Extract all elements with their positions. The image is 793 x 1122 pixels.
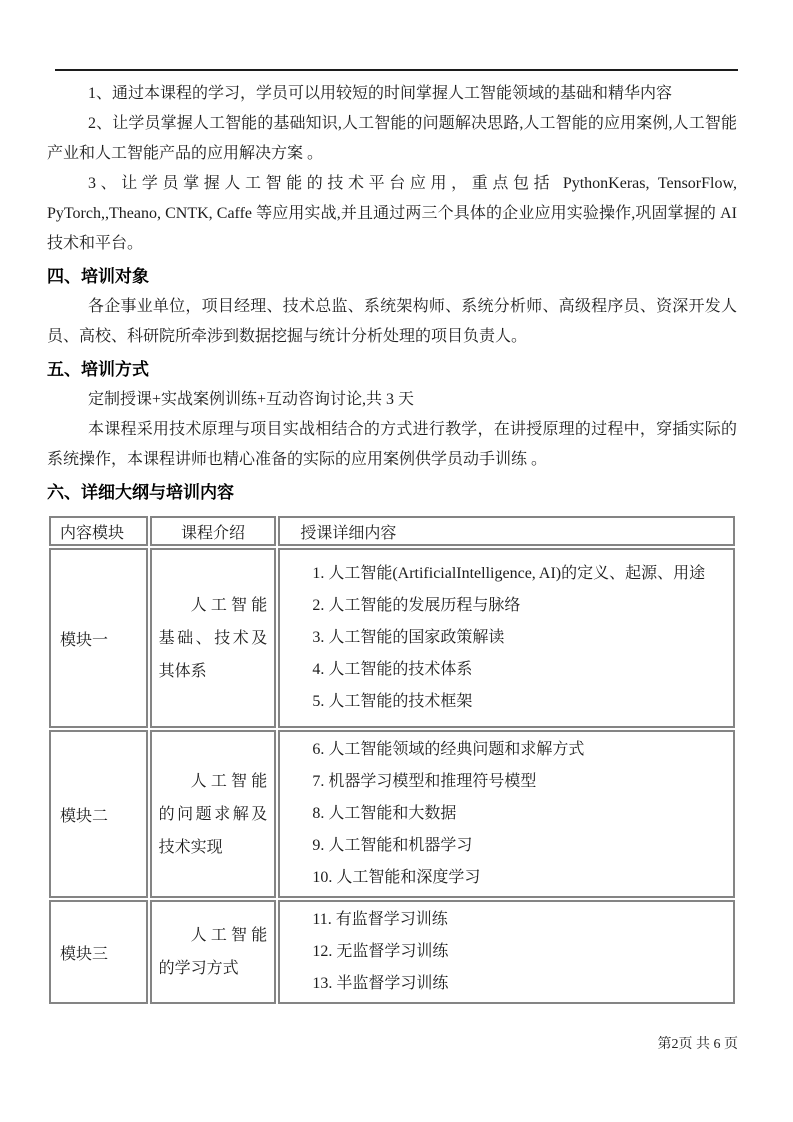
page-number-indicator: 第2页 共 6 页 xyxy=(658,1033,739,1053)
method-paragraph-1: 定制授课+实战案例训练+互动咨询讨论,共 3 天 xyxy=(47,385,737,415)
course-detail-item: 10. 人工智能和深度学习 xyxy=(290,862,719,894)
intro-paragraph-2: 2、让学员掌握人工智能的基础知识,人工智能的问题解决思路,人工智能的应用案例,人… xyxy=(47,109,737,169)
section-title-audience: 四、培训对象 xyxy=(47,262,737,292)
module-name-cell: 模块三 xyxy=(49,900,148,1004)
course-intro-cell: 人工智能的问题求解及技术实现 xyxy=(150,730,277,898)
page-header-rule xyxy=(55,69,738,71)
document-content: 1、通过本课程的学习，学员可以用较短的时间掌握人工智能领域的基础和精华内容 2、… xyxy=(47,79,737,1006)
course-intro-cell: 人工智能的学习方式 xyxy=(150,900,277,1004)
course-intro-cell: 人工智能基础、技术及其体系 xyxy=(150,548,277,728)
course-detail-item: 12. 无监督学习训练 xyxy=(290,936,719,968)
course-detail-item: 7. 机器学习模型和推理符号模型 xyxy=(290,766,719,798)
header-cell-intro: 课程介绍 xyxy=(150,516,277,546)
course-outline-table: 内容模块 课程介绍 授课详细内容 模块一 人工智能基础、技术及其体系 1. 人工… xyxy=(47,514,737,1006)
header-cell-detail: 授课详细内容 xyxy=(278,516,735,546)
module-name-cell: 模块二 xyxy=(49,730,148,898)
course-detail-item: 8. 人工智能和大数据 xyxy=(290,798,719,830)
table-header-row: 内容模块 课程介绍 授课详细内容 xyxy=(49,516,735,546)
table-row-module-1: 模块一 人工智能基础、技术及其体系 1. 人工智能(ArtificialInte… xyxy=(49,548,735,728)
course-intro-text: 人工智能的学习方式 xyxy=(159,919,268,985)
module-name-cell: 模块一 xyxy=(49,548,148,728)
course-detail-item: 6. 人工智能领域的经典问题和求解方式 xyxy=(290,734,719,766)
course-detail-item: 2. 人工智能的发展历程与脉络 xyxy=(290,590,719,622)
method-paragraph-2: 本课程采用技术原理与项目实战相结合的方式进行教学，在讲授原理的过程中，穿插实际的… xyxy=(47,415,737,475)
course-detail-item: 4. 人工智能的技术体系 xyxy=(290,654,719,686)
course-detail-item: 13. 半监督学习训练 xyxy=(290,968,719,1000)
course-detail-cell: 6. 人工智能领域的经典问题和求解方式 7. 机器学习模型和推理符号模型 8. … xyxy=(278,730,735,898)
course-detail-cell: 11. 有监督学习训练 12. 无监督学习训练 13. 半监督学习训练 xyxy=(278,900,735,1004)
section-title-method: 五、培训方式 xyxy=(47,355,737,385)
course-detail-item: 11. 有监督学习训练 xyxy=(290,904,719,936)
course-detail-item: 9. 人工智能和机器学习 xyxy=(290,830,719,862)
audience-paragraph: 各企事业单位，项目经理、技术总监、系统架构师、系统分析师、高级程序员、资深开发人… xyxy=(47,292,737,352)
course-detail-cell: 1. 人工智能(ArtificialIntelligence, AI)的定义、起… xyxy=(278,548,735,728)
intro-paragraph-3: 3、让学员掌握人工智能的技术平台应用，重点包括 PythonKeras, Ten… xyxy=(47,169,737,259)
table-row-module-3: 模块三 人工智能的学习方式 11. 有监督学习训练 12. 无监督学习训练 13… xyxy=(49,900,735,1004)
course-detail-item: 1. 人工智能(ArtificialIntelligence, AI)的定义、起… xyxy=(290,558,719,590)
course-intro-text: 人工智能基础、技术及其体系 xyxy=(159,589,268,688)
header-cell-module: 内容模块 xyxy=(49,516,148,546)
course-intro-text: 人工智能的问题求解及技术实现 xyxy=(159,765,268,864)
section-title-outline: 六、详细大纲与培训内容 xyxy=(47,478,737,508)
document-page: { "colors": { "table_border": "#848484",… xyxy=(0,0,793,1122)
course-detail-item: 5. 人工智能的技术框架 xyxy=(290,686,719,718)
table-row-module-2: 模块二 人工智能的问题求解及技术实现 6. 人工智能领域的经典问题和求解方式 7… xyxy=(49,730,735,898)
course-detail-item: 3. 人工智能的国家政策解读 xyxy=(290,622,719,654)
intro-paragraph-1: 1、通过本课程的学习，学员可以用较短的时间掌握人工智能领域的基础和精华内容 xyxy=(47,79,737,109)
